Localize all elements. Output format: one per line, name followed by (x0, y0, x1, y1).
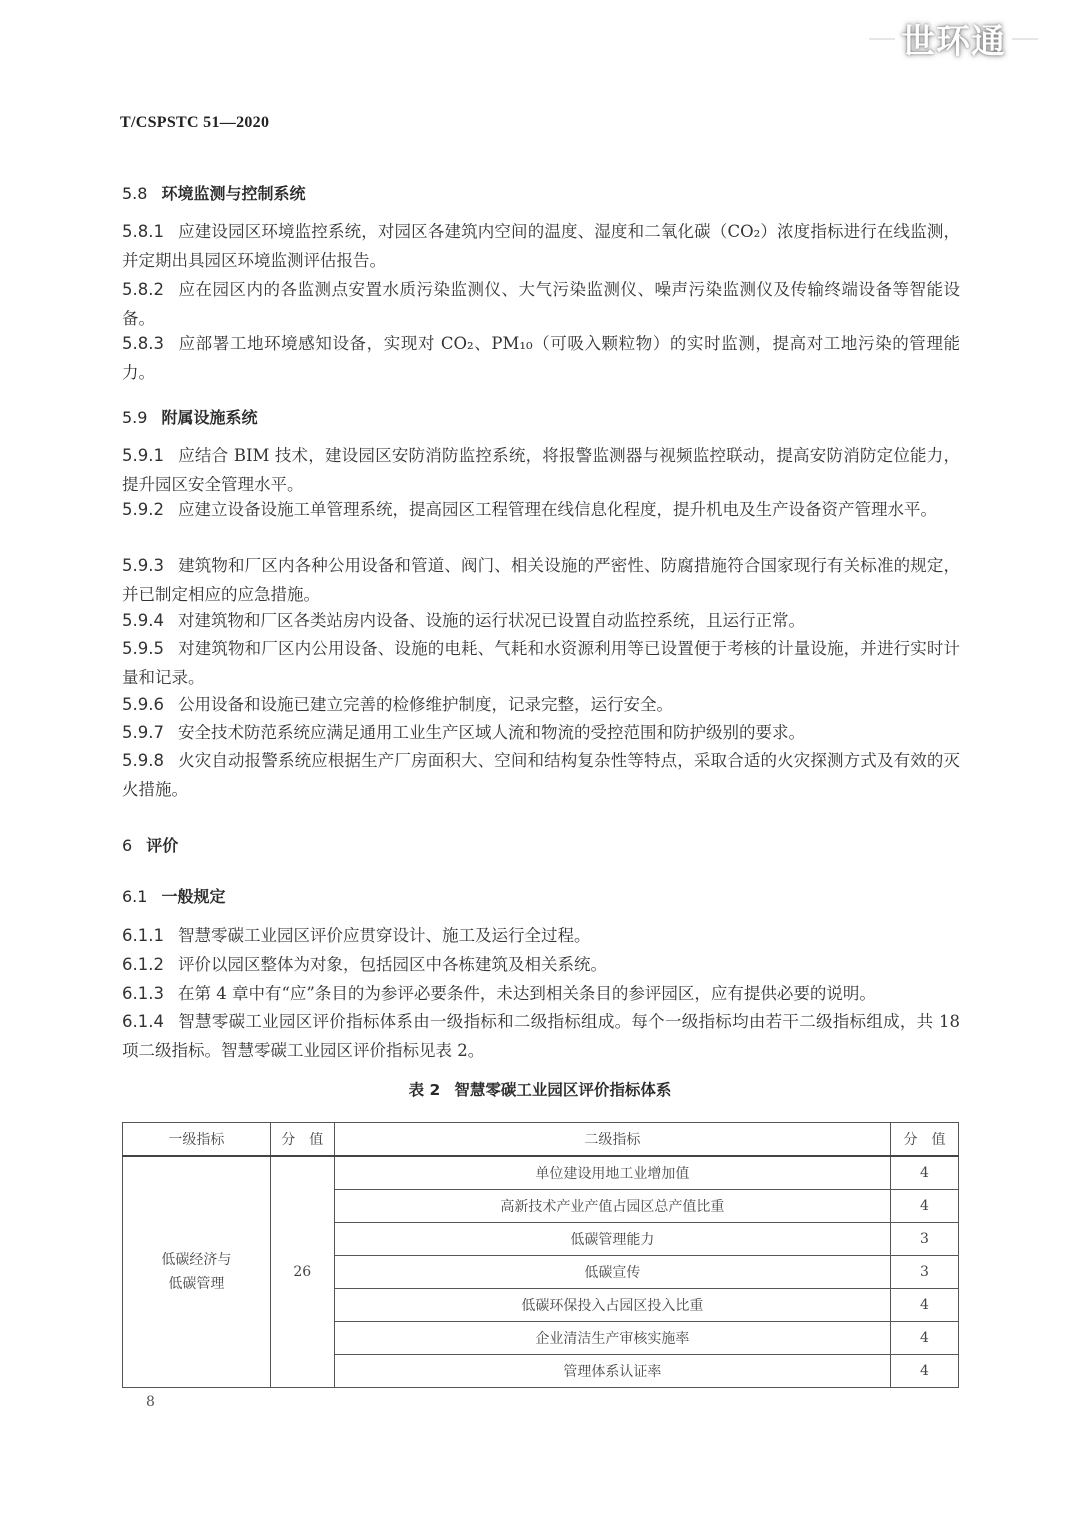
section-number: 6.1 (122, 887, 147, 906)
level2-score: 4 (891, 1322, 959, 1355)
clause-text: 应在园区内的各监测点安置水质污染监测仪、大气污染监测仪、噪声污染监测仪及传输终端… (122, 280, 960, 328)
clause-text: 评价以园区整体为对象，包括园区中各栋建筑及相关系统。 (178, 955, 607, 974)
table-number: 表 2 (409, 1081, 441, 1099)
clause-number: 5.9.3 (122, 551, 164, 580)
level2-score: 3 (891, 1256, 959, 1289)
page-number: 8 (146, 1394, 155, 1410)
clause-number: 6.1.3 (122, 979, 164, 1008)
watermark-line-left (869, 38, 895, 40)
level2-indicator: 高新技术产业产值占园区总产值比重 (334, 1190, 890, 1223)
level2-indicator: 低碳管理能力 (334, 1223, 890, 1256)
clause-number: 5.9.8 (122, 746, 164, 775)
clause-number: 5.9.2 (122, 495, 164, 524)
evaluation-index-table: 一级指标 分 值 二级指标 分 值 低碳经济与 低碳管理 26 单位建设用地工业… (122, 1122, 959, 1388)
section-title: 附属设施系统 (161, 408, 257, 427)
section-heading-5-9: 5.9附属设施系统 (122, 405, 257, 428)
clause-number: 6.1.4 (122, 1007, 164, 1036)
clause-number: 5.9.5 (122, 634, 164, 663)
table-header-row: 一级指标 分 值 二级指标 分 值 (123, 1123, 959, 1157)
clause-5-9-7: 5.9.7安全技术防范系统应满足通用工业生产区域人流和物流的受控范围和防护级别的… (122, 718, 960, 747)
chapter-heading-6: 6评价 (122, 833, 178, 856)
clause-5-8-3: 5.8.3应部署工地环境感知设备，实现对 CO₂、PM₁₀（可吸入颗粒物）的实时… (122, 329, 960, 387)
clause-5-9-1: 5.9.1应结合 BIM 技术，建设园区安防消防监控系统，将报警监测器与视频监控… (122, 441, 960, 499)
level1-indicator-line2: 低碳管理 (123, 1272, 270, 1296)
clause-text: 智慧零碳工业园区评价指标体系由一级指标和二级指标组成。每个一级指标均由若干二级指… (122, 1012, 960, 1060)
clause-6-1-1: 6.1.1智慧零碳工业园区评价应贯穿设计、施工及运行全过程。 (122, 921, 960, 950)
section-heading-6-1: 6.1一般规定 (122, 884, 225, 907)
clause-text: 应建立设备设施工单管理系统，提高园区工程管理在线信息化程度，提升机电及生产设备资… (178, 500, 937, 519)
clause-6-1-3: 6.1.3在第 4 章中有“应”条目的为参评必要条件，未达到相关条目的参评园区，… (122, 979, 960, 1008)
watermark: 世环通 (869, 14, 1038, 63)
clause-text: 应建设园区环境监控系统，对园区各建筑内空间的温度、湿度和二氧化碳（CO₂）浓度指… (122, 222, 960, 270)
level2-score: 3 (891, 1223, 959, 1256)
clause-6-1-4: 6.1.4智慧零碳工业园区评价指标体系由一级指标和二级指标组成。每个一级指标均由… (122, 1007, 960, 1065)
clause-number: 5.9.1 (122, 441, 164, 470)
table-title: 智慧零碳工业园区评价指标体系 (454, 1081, 671, 1099)
section-title: 环境监测与控制系统 (161, 184, 305, 203)
table-caption: 表 2智慧零碳工业园区评价指标体系 (0, 1078, 1080, 1100)
header-level2-score: 分 值 (891, 1123, 959, 1157)
clause-text: 对建筑物和厂区内公用设备、设施的电耗、气耗和水资源利用等已设置便于考核的计量设施… (122, 639, 960, 687)
clause-5-8-1: 5.8.1应建设园区环境监控系统，对园区各建筑内空间的温度、湿度和二氧化碳（CO… (122, 217, 960, 275)
chapter-title: 评价 (146, 836, 178, 855)
level2-score: 4 (891, 1156, 959, 1190)
watermark-text: 世环通 (901, 14, 1006, 63)
clause-text: 公用设备和设施已建立完善的检修维护制度，记录完整，运行安全。 (178, 695, 673, 714)
header-level1-indicator: 一级指标 (123, 1123, 271, 1157)
clause-number: 6.1.2 (122, 950, 164, 979)
clause-5-9-8: 5.9.8火灾自动报警系统应根据生产厂房面积大、空间和结构复杂性等特点，采取合适… (122, 746, 960, 804)
clause-number: 5.9.7 (122, 718, 164, 747)
clause-number: 5.9.4 (122, 606, 164, 635)
section-number: 5.9 (122, 408, 147, 427)
clause-5-9-3: 5.9.3建筑物和厂区内各种公用设备和管道、阀门、相关设施的严密性、防腐措施符合… (122, 551, 960, 609)
level2-indicator: 低碳宣传 (334, 1256, 890, 1289)
clause-text: 建筑物和厂区内各种公用设备和管道、阀门、相关设施的严密性、防腐措施符合国家现行有… (122, 556, 960, 604)
level2-indicator: 管理体系认证率 (334, 1355, 890, 1388)
clause-5-9-4: 5.9.4对建筑物和厂区各类站房内设备、设施的运行状况已设置自动监控系统，且运行… (122, 606, 960, 635)
clause-6-1-2: 6.1.2评价以园区整体为对象，包括园区中各栋建筑及相关系统。 (122, 950, 960, 979)
level2-score: 4 (891, 1355, 959, 1388)
clause-text: 火灾自动报警系统应根据生产厂房面积大、空间和结构复杂性等特点，采取合适的火灾探测… (122, 751, 960, 799)
clause-text: 智慧零碳工业园区评价应贯穿设计、施工及运行全过程。 (178, 926, 591, 945)
clause-5-9-6: 5.9.6公用设备和设施已建立完善的检修维护制度，记录完整，运行安全。 (122, 690, 960, 719)
clause-5-9-2: 5.9.2应建立设备设施工单管理系统，提高园区工程管理在线信息化程度，提升机电及… (122, 495, 960, 524)
clause-number: 6.1.1 (122, 921, 164, 950)
level2-score: 4 (891, 1289, 959, 1322)
section-number: 5.8 (122, 184, 147, 203)
header-level1-score: 分 值 (270, 1123, 334, 1157)
clause-text: 在第 4 章中有“应”条目的为参评必要条件，未达到相关条目的参评园区，应有提供必… (178, 984, 876, 1003)
clause-number: 5.8.2 (122, 275, 164, 304)
clause-text: 应结合 BIM 技术，建设园区安防消防监控系统，将报警监测器与视频监控联动，提高… (122, 446, 960, 494)
section-heading-5-8: 5.8环境监测与控制系统 (122, 181, 305, 204)
clause-number: 5.8.1 (122, 217, 164, 246)
clause-5-8-2: 5.8.2应在园区内的各监测点安置水质污染监测仪、大气污染监测仪、噪声污染监测仪… (122, 275, 960, 333)
level1-indicator-line1: 低碳经济与 (123, 1248, 270, 1272)
header-level2-indicator: 二级指标 (334, 1123, 890, 1157)
clause-5-9-5: 5.9.5对建筑物和厂区内公用设备、设施的电耗、气耗和水资源利用等已设置便于考核… (122, 634, 960, 692)
level2-score: 4 (891, 1190, 959, 1223)
clause-number: 5.9.6 (122, 690, 164, 719)
chapter-number: 6 (122, 836, 132, 855)
standard-code: T/CSPSTC 51—2020 (120, 114, 269, 132)
clause-text: 安全技术防范系统应满足通用工业生产区域人流和物流的受控范围和防护级别的要求。 (178, 723, 805, 742)
level2-indicator: 单位建设用地工业增加值 (334, 1156, 890, 1190)
section-title: 一般规定 (161, 887, 225, 906)
level2-indicator: 企业清洁生产审核实施率 (334, 1322, 890, 1355)
clause-text: 对建筑物和厂区各类站房内设备、设施的运行状况已设置自动监控系统，且运行正常。 (178, 611, 805, 630)
level2-indicator: 低碳环保投入占园区投入比重 (334, 1289, 890, 1322)
clause-text: 应部署工地环境感知设备，实现对 CO₂、PM₁₀（可吸入颗粒物）的实时监测，提高… (122, 334, 960, 382)
clause-number: 5.8.3 (122, 329, 164, 358)
level1-indicator-cell: 低碳经济与 低碳管理 (123, 1156, 271, 1388)
watermark-line-right (1012, 38, 1038, 40)
table-row: 低碳经济与 低碳管理 26 单位建设用地工业增加值 4 (123, 1156, 959, 1190)
level1-score-cell: 26 (270, 1156, 334, 1388)
